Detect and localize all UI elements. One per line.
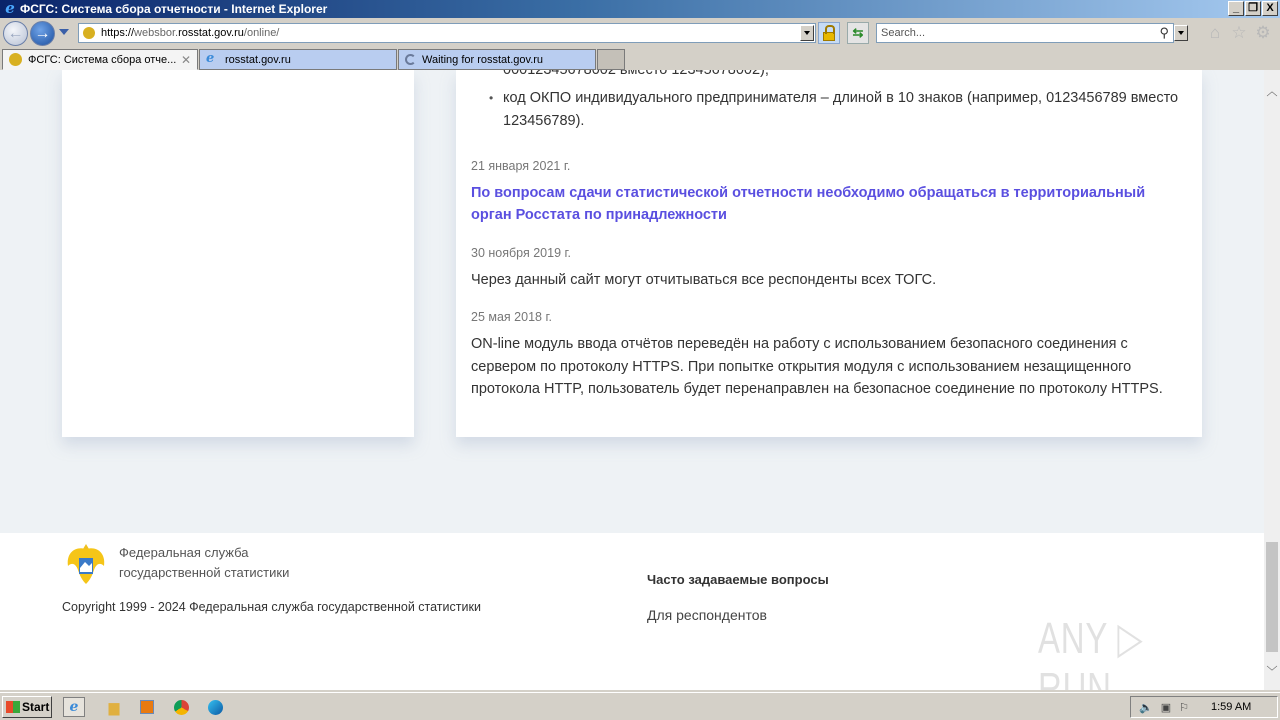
forward-button[interactable]: → bbox=[30, 21, 55, 46]
volume-icon[interactable]: 🔈 bbox=[1139, 701, 1153, 714]
refresh-button[interactable]: ⇆ bbox=[847, 22, 869, 44]
ie-page-icon: e bbox=[206, 53, 219, 66]
favorites-star-icon[interactable]: ☆ bbox=[1229, 23, 1249, 43]
scroll-thumb[interactable] bbox=[1266, 542, 1278, 652]
action-center-flag-icon[interactable]: ⚐ bbox=[1179, 701, 1189, 714]
taskbar: Start e ▆ 🔈 ▣ ⚐ 1:59 AM bbox=[0, 692, 1280, 720]
back-button[interactable]: ← bbox=[3, 21, 28, 46]
faq-link[interactable]: Часто задаваемые вопросы bbox=[647, 572, 829, 587]
taskbar-internet-explorer-icon[interactable]: e bbox=[63, 697, 85, 717]
close-tab-icon[interactable]: ✕ bbox=[181, 53, 191, 67]
address-path: /online/ bbox=[244, 27, 279, 39]
windows-logo-icon bbox=[6, 701, 20, 713]
news-text: ON-line модуль ввода отчётов переведён н… bbox=[471, 333, 1186, 401]
news-text: Через данный сайт могут отчитываться все… bbox=[471, 269, 1186, 292]
clock[interactable]: 1:59 AM bbox=[1211, 701, 1251, 713]
tab-bar: ФСГС: Система сбора отче... ✕ e rosstat.… bbox=[0, 48, 1280, 70]
news-link[interactable]: По вопросам сдачи статистической отчетно… bbox=[471, 182, 1186, 226]
copyright-text: Copyright 1999 - 2024 Федеральная служба… bbox=[62, 600, 481, 614]
scroll-up-icon[interactable]: ︿ bbox=[1264, 84, 1280, 100]
page-footer: Федеральная служба государственной стати… bbox=[0, 533, 1264, 690]
address-scheme: https:// bbox=[101, 27, 134, 39]
settings-gear-icon[interactable]: ⚙ bbox=[1253, 23, 1273, 43]
taskbar-file-explorer-icon[interactable]: ▆ bbox=[103, 697, 125, 717]
start-label: Start bbox=[22, 700, 49, 714]
ie-logo-icon: e bbox=[2, 1, 18, 17]
address-subdomain: websbor. bbox=[134, 27, 178, 39]
news-item: 25 мая 2018 г. ON-line модуль ввода отчё… bbox=[471, 309, 1186, 401]
refresh-icon: ⇆ bbox=[853, 25, 864, 41]
close-window-button[interactable]: X bbox=[1262, 1, 1278, 16]
page-scrollbar[interactable]: ︿ ﹀ bbox=[1264, 70, 1280, 690]
system-tray: 🔈 ▣ ⚐ 1:59 AM bbox=[1130, 696, 1278, 718]
clipped-text-line: 00012345678002 вместо 12345678002); bbox=[503, 70, 769, 78]
news-date: 21 января 2021 г. bbox=[471, 158, 1186, 174]
minimize-button[interactable]: _ bbox=[1228, 1, 1244, 16]
scroll-down-icon[interactable]: ﹀ bbox=[1264, 664, 1280, 680]
search-dropdown-button[interactable] bbox=[1174, 25, 1188, 41]
home-icon[interactable]: ⌂ bbox=[1205, 23, 1225, 43]
window-title: ФСГС: Система сбора отчетности - Interne… bbox=[20, 2, 327, 16]
recent-pages-dropdown[interactable] bbox=[59, 29, 69, 35]
search-icon[interactable]: ⚲ bbox=[1159, 25, 1169, 41]
news-date: 25 мая 2018 г. bbox=[471, 309, 1186, 325]
org-name-line2: государственной статистики bbox=[119, 563, 289, 583]
org-name: Федеральная служба государственной стати… bbox=[119, 543, 289, 583]
taskbar-chrome-icon[interactable] bbox=[170, 697, 192, 717]
news-item: 21 января 2021 г. По вопросам сдачи стат… bbox=[471, 158, 1186, 226]
search-box[interactable]: ⚲ bbox=[876, 23, 1174, 43]
lock-icon bbox=[823, 32, 835, 41]
navigation-bar: ← → https:// websbor. rosstat.gov.ru /on… bbox=[0, 18, 1280, 48]
new-tab-button[interactable] bbox=[597, 49, 625, 70]
search-input[interactable] bbox=[881, 27, 1141, 39]
respondents-link[interactable]: Для респондентов bbox=[647, 607, 767, 623]
news-date: 30 ноября 2019 г. bbox=[471, 245, 1186, 261]
taskbar-media-player-icon[interactable] bbox=[136, 697, 158, 717]
start-button[interactable]: Start bbox=[2, 696, 52, 718]
tab-label: ФСГС: Система сбора отче... bbox=[28, 54, 176, 66]
page-viewport: 00012345678002 вместо 12345678002); код … bbox=[0, 70, 1264, 690]
address-bar[interactable]: https:// websbor. rosstat.gov.ru /online… bbox=[78, 23, 816, 43]
site-favicon-icon bbox=[83, 27, 95, 39]
sidebar-card bbox=[62, 70, 414, 437]
security-lock-button[interactable] bbox=[818, 22, 840, 44]
tab-label: Waiting for rosstat.gov.ru bbox=[422, 54, 543, 66]
restore-button[interactable]: ❐ bbox=[1245, 1, 1261, 16]
anyrun-watermark: ANY ▷ RUN bbox=[1038, 613, 1208, 690]
org-name-line1: Федеральная служба bbox=[119, 543, 289, 563]
rosstat-emblem-icon bbox=[9, 53, 22, 66]
window-titlebar: e ФСГС: Система сбора отчетности - Inter… bbox=[0, 0, 1280, 18]
network-icon[interactable]: ▣ bbox=[1161, 701, 1171, 714]
taskbar-edge-icon[interactable] bbox=[204, 697, 226, 717]
loading-icon bbox=[405, 54, 416, 65]
address-dropdown-button[interactable] bbox=[800, 25, 814, 41]
rosstat-emblem-icon bbox=[62, 540, 110, 588]
news-card: 00012345678002 вместо 12345678002); код … bbox=[456, 70, 1202, 437]
tab-label: rosstat.gov.ru bbox=[225, 54, 291, 66]
okpo-bullet-item: код ОКПО индивидуального предпринимателя… bbox=[489, 87, 1189, 133]
tab-rosstat-websbor[interactable]: ФСГС: Система сбора отче... ✕ bbox=[2, 49, 198, 70]
tab-rosstat[interactable]: e rosstat.gov.ru bbox=[199, 49, 397, 70]
tab-waiting[interactable]: Waiting for rosstat.gov.ru bbox=[398, 49, 596, 70]
address-host: rosstat.gov.ru bbox=[178, 27, 244, 39]
news-item: 30 ноября 2019 г. Через данный сайт могу… bbox=[471, 245, 1186, 292]
